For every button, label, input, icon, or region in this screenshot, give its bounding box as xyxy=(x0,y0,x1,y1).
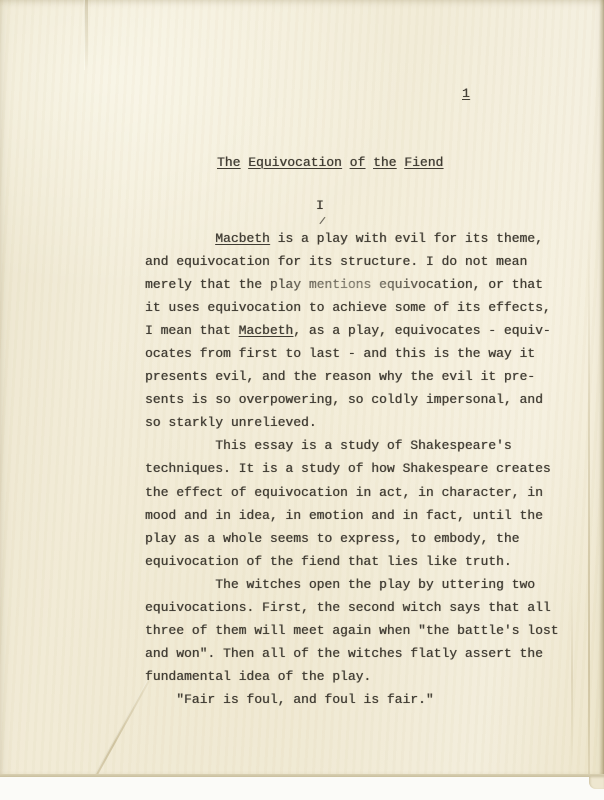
text-segment: the effect of equivocation in act, in ch… xyxy=(145,485,543,500)
text-segment: fundamental idea of the play. xyxy=(145,669,371,684)
text-segment: is a play with evil for its theme, xyxy=(270,231,543,246)
text-line: Macbeth is a play with evil for its them… xyxy=(145,227,558,250)
text-segment: I mean that xyxy=(145,323,239,338)
text-segment: This essay is a study of Shakespeare's xyxy=(145,438,512,453)
text-line: and won". Then all of the witches flatly… xyxy=(145,642,558,665)
title-word: Fiend xyxy=(404,155,443,170)
text-line: "Fair is foul, and foul is fair." xyxy=(145,688,558,711)
scanner-background xyxy=(0,777,604,800)
title-word: Equivocation xyxy=(248,155,342,170)
text-line: three of them will meet again when "the … xyxy=(145,619,558,642)
text-segment: sents is so overpowering, so coldly impe… xyxy=(145,392,543,407)
text-segment: so starkly unrelieved. xyxy=(145,415,317,430)
text-line: and equivocation for its structure. I do… xyxy=(145,250,558,273)
underlined-text: Macbeth xyxy=(239,323,294,338)
text-segment: and won". Then all of the witches flatly… xyxy=(145,646,543,661)
text-segment: , as a play, equivocates - equiv- xyxy=(293,323,550,338)
text-line: presents evil, and the reason why the ev… xyxy=(145,365,558,388)
text-segment: The witches open the play by uttering tw… xyxy=(145,577,535,592)
text-segment: equivocations. First, the second witch s… xyxy=(145,600,551,615)
text-segment: "Fair is foul, and foul is fair." xyxy=(145,692,434,707)
paper-corner-bottom-right xyxy=(589,776,604,789)
text-segment: presents evil, and the reason why the ev… xyxy=(145,369,535,384)
page-number: 1 xyxy=(462,82,470,105)
underlined-text: Macbeth xyxy=(215,231,270,246)
title-word: the xyxy=(373,155,396,170)
text-line: equivocation of the fiend that lies like… xyxy=(145,550,558,573)
text-line: fundamental idea of the play. xyxy=(145,665,558,688)
essay-title: The Equivocation of the Fiend xyxy=(217,151,443,174)
text-line: merely that the play mentions equivocati… xyxy=(145,273,558,296)
text-line: This essay is a study of Shakespeare's xyxy=(145,434,558,457)
text-line: ocates from first to last - and this is … xyxy=(145,342,558,365)
typed-text-layer: 1 The Equivocation of the Fiend I / Macb… xyxy=(0,0,604,777)
typed-lines: Macbeth is a play with evil for its them… xyxy=(145,227,558,711)
text-segment: equivocation of the fiend that lies like… xyxy=(145,554,512,569)
text-line: techniques. It is a study of how Shakesp… xyxy=(145,457,558,480)
text-segment: ocates from first to last - and this is … xyxy=(145,346,535,361)
text-segment: it uses equivocation to achieve some of … xyxy=(145,300,551,315)
text-segment: merely that the play mentions equivocati… xyxy=(145,277,543,292)
text-line: the effect of equivocation in act, in ch… xyxy=(145,481,558,504)
text-line: I mean that Macbeth, as a play, equivoca… xyxy=(145,319,558,342)
text-line: so starkly unrelieved. xyxy=(145,411,558,434)
text-segment: techniques. It is a study of how Shakesp… xyxy=(145,461,551,476)
text-segment: three of them will meet again when "the … xyxy=(145,623,558,638)
text-segment: and equivocation for its structure. I do… xyxy=(145,254,527,269)
text-line: play as a whole seems to express, to emb… xyxy=(145,527,558,550)
text-line: it uses equivocation to achieve some of … xyxy=(145,296,558,319)
title-word: The xyxy=(217,155,240,170)
text-line: sents is so overpowering, so coldly impe… xyxy=(145,388,558,411)
text-line: equivocations. First, the second witch s… xyxy=(145,596,558,619)
text-line: The witches open the play by uttering tw… xyxy=(145,573,558,596)
title-word: of xyxy=(350,155,366,170)
text-segment: play as a whole seems to express, to emb… xyxy=(145,531,519,546)
text-segment xyxy=(145,231,215,246)
text-line: mood and in idea, in emotion and in fact… xyxy=(145,504,558,527)
text-segment: mood and in idea, in emotion and in fact… xyxy=(145,508,543,523)
